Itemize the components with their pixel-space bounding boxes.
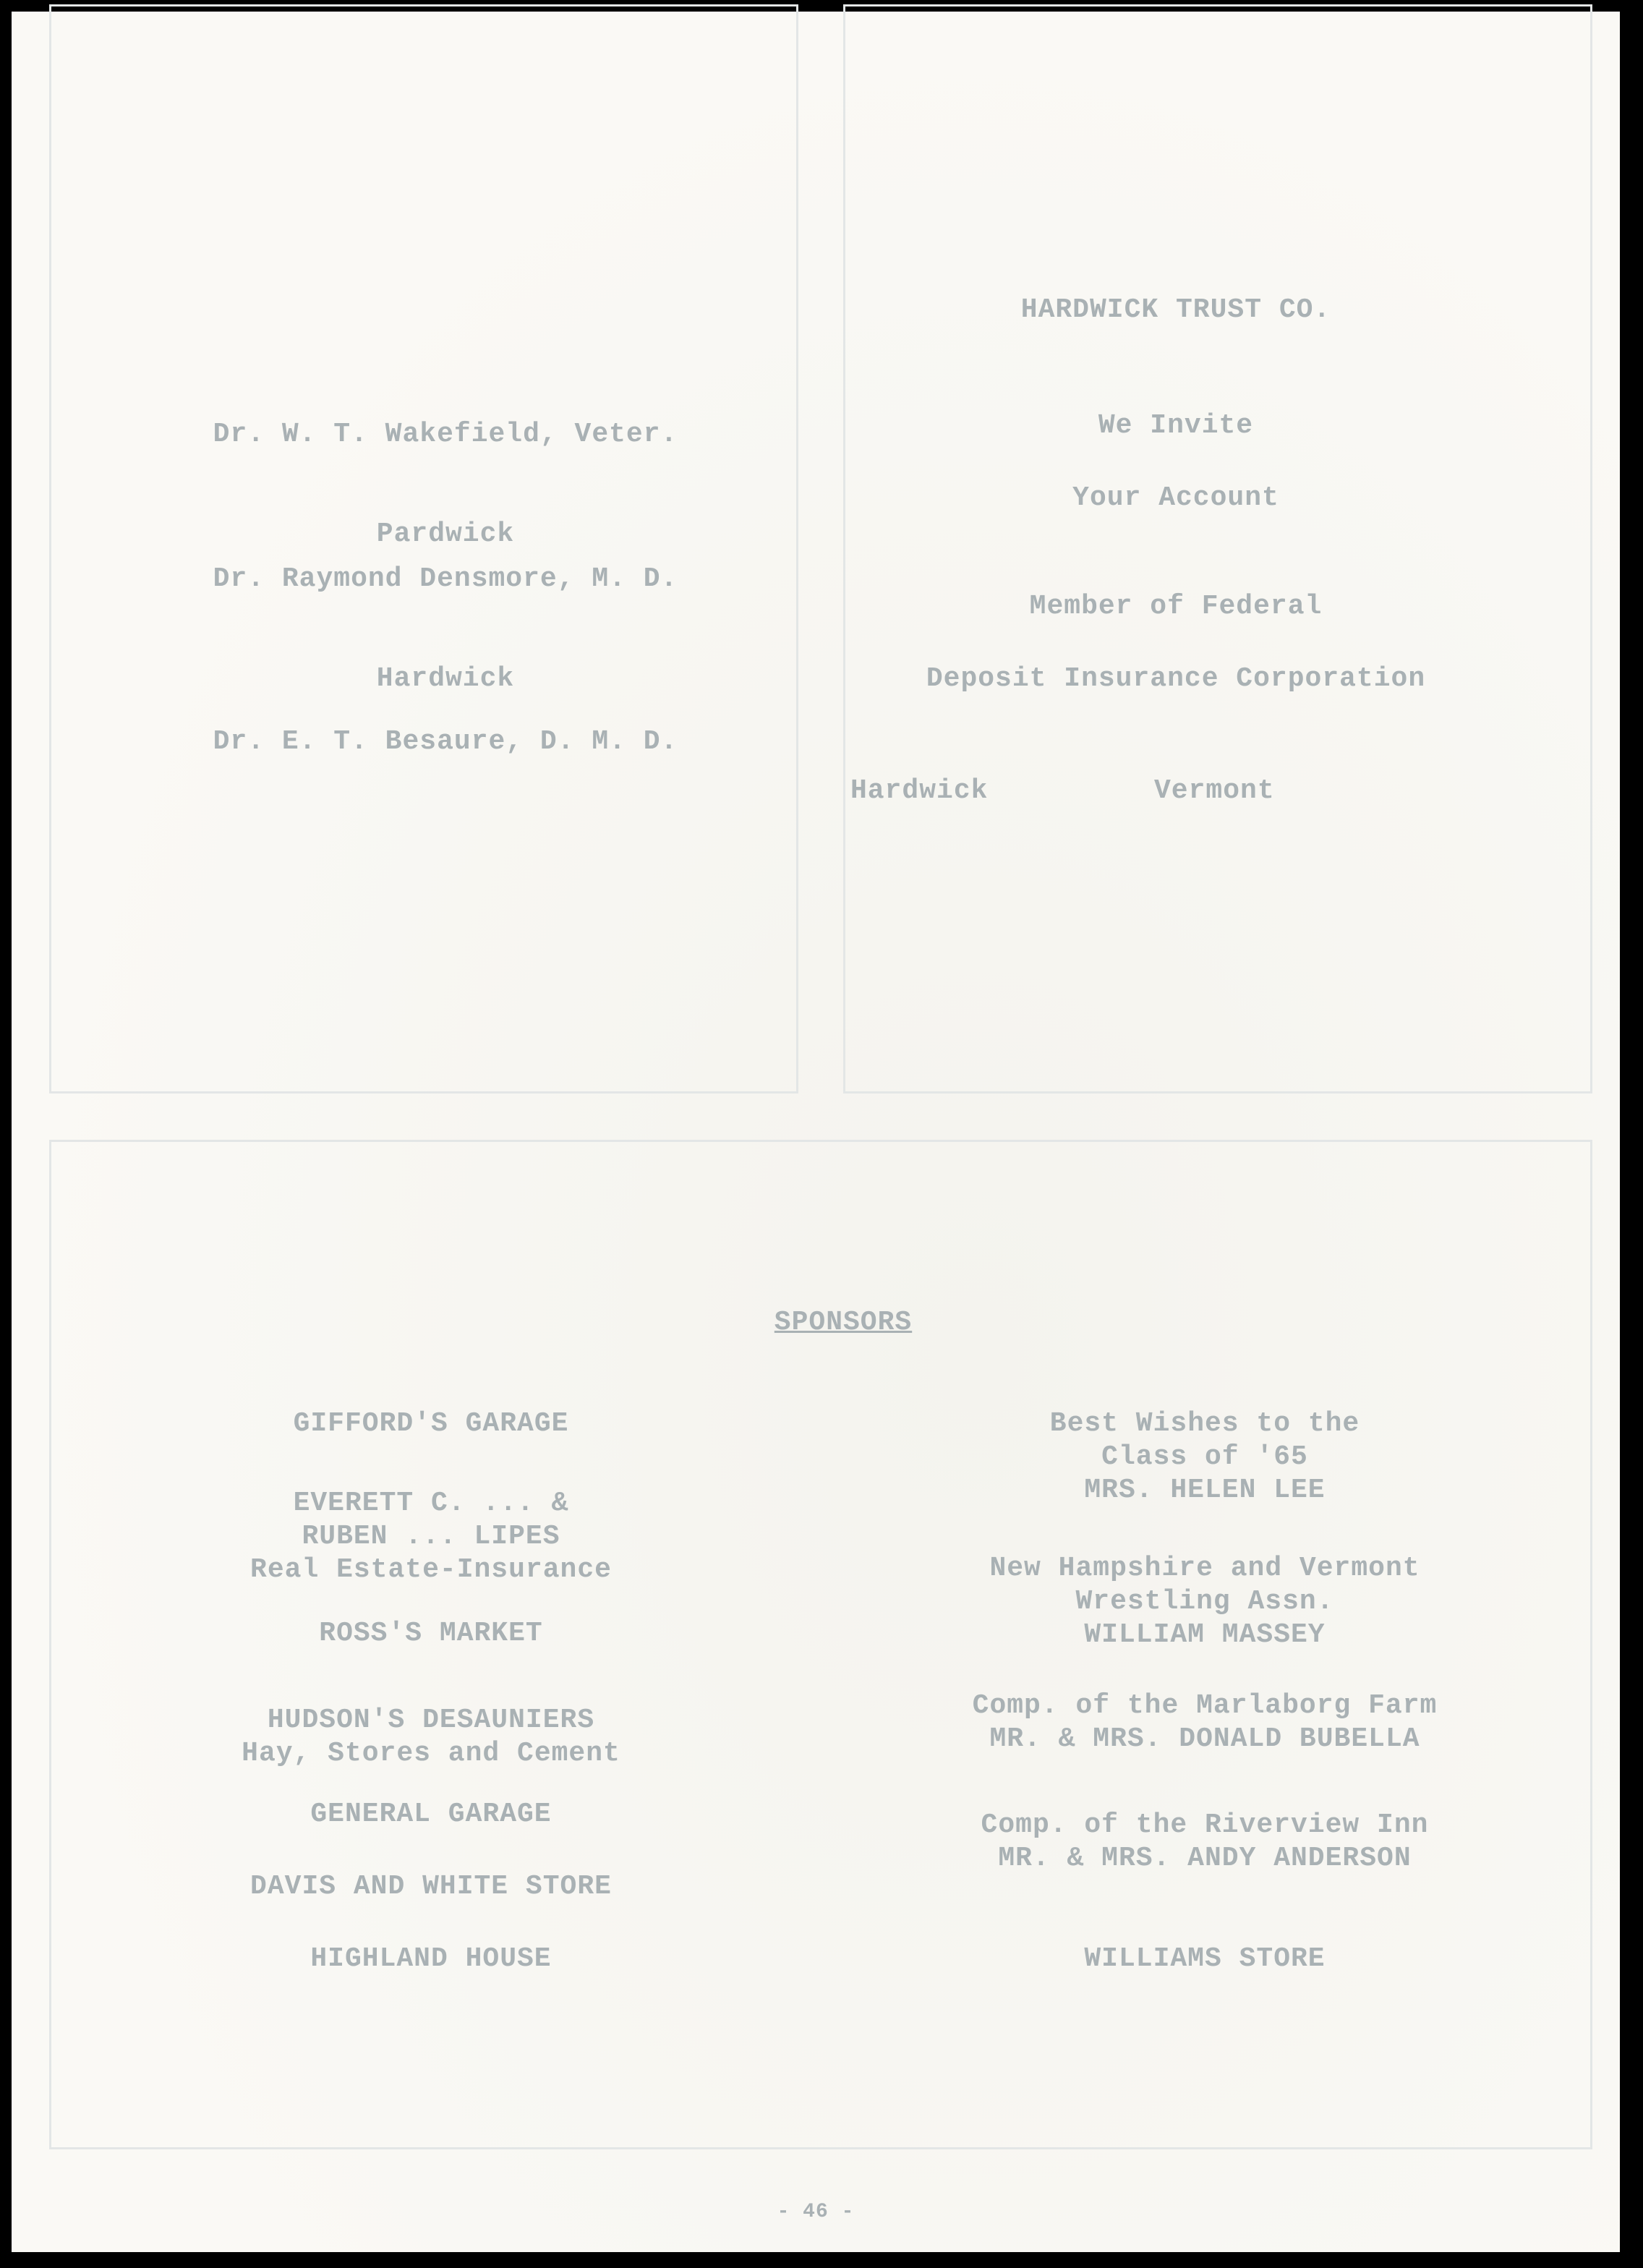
bank-line: We Invite: [843, 409, 1508, 443]
entry-line: Hay, Stores and Cement: [69, 1737, 793, 1770]
bank-title: HARDWICK TRUST CO.: [843, 294, 1508, 327]
entry-line: Wrestling Assn.: [843, 1585, 1566, 1619]
entry-line: DAVIS AND WHITE STORE: [69, 1870, 793, 1903]
entry-line: Comp. of the Riverview Inn: [843, 1809, 1566, 1842]
sponsor-entry: Comp. of the Marlaborg FarmMR. & MRS. DO…: [843, 1689, 1566, 1756]
entry-line: MRS. HELEN LEE: [843, 1474, 1566, 1507]
entry-line: EVERETT C. ... &: [69, 1487, 793, 1520]
entry-line: New Hampshire and Vermont: [843, 1552, 1566, 1585]
entry-line: Dr. W. T. Wakefield, Veter.: [69, 418, 821, 451]
sponsor-entry: HUDSON'S DESAUNIERSHay, Stores and Cemen…: [69, 1704, 793, 1770]
sponsor-entry: DAVIS AND WHITE STORE: [69, 1870, 793, 1903]
entry-line: Class of '65: [843, 1441, 1566, 1474]
sponsor-entry: GIFFORD'S GARAGE: [69, 1407, 793, 1441]
entry-line: MR. & MRS. DONALD BUBELLA: [843, 1723, 1566, 1756]
entry-line: Real Estate-Insurance: [69, 1553, 793, 1587]
entry-line: MR. & MRS. ANDY ANDERSON: [843, 1842, 1566, 1875]
entry-line: GENERAL GARAGE: [69, 1798, 793, 1831]
sponsor-entry: EVERETT C. ... &RUBEN ... LIPESReal Esta…: [69, 1487, 793, 1587]
entry-line: WILLIAM MASSEY: [843, 1619, 1566, 1652]
entry-line: WILLIAMS STORE: [843, 1943, 1566, 1976]
entry-line: Dr. Raymond Densmore, M. D.: [69, 563, 821, 596]
entry-line: RUBEN ... LIPES: [69, 1520, 793, 1553]
entry-line: Best Wishes to the: [843, 1407, 1566, 1441]
sponsor-entry: WILLIAMS STORE: [843, 1943, 1566, 1976]
sponsor-entry: HIGHLAND HOUSE: [69, 1943, 793, 1976]
sponsor-entry: New Hampshire and VermontWrestling Assn.…: [843, 1552, 1566, 1652]
entry-line: GIFFORD'S GARAGE: [69, 1407, 793, 1441]
sponsor-entry: Dr. E. T. Besaure, D. M. D.: [69, 659, 821, 825]
top-right-panel: [843, 4, 1592, 1093]
bank-line: Member of Federal: [843, 590, 1508, 623]
bank-line: Deposit Insurance Corporation: [843, 662, 1508, 696]
sponsor-entry: Best Wishes to theClass of '65MRS. HELEN…: [843, 1407, 1566, 1507]
sponsors-heading: SPONSORS: [662, 1306, 1024, 1339]
entry-line: ROSS'S MARKET: [69, 1617, 793, 1650]
bank-line: Your Account: [843, 482, 1508, 515]
entry-line: Comp. of the Marlaborg Farm: [843, 1689, 1566, 1723]
bank-state: Vermont: [1154, 775, 1275, 808]
entry-line: HUDSON'S DESAUNIERS: [69, 1704, 793, 1737]
page-number: - 46 -: [743, 2196, 888, 2229]
document-page: Dr. W. T. Wakefield, Veter. Pardwick Dr.…: [12, 12, 1620, 2252]
sponsor-entry: Comp. of the Riverview InnMR. & MRS. AND…: [843, 1809, 1566, 1875]
entry-line: Dr. E. T. Besaure, D. M. D.: [69, 725, 821, 759]
bank-city: Hardwick: [850, 775, 988, 808]
entry-line: HIGHLAND HOUSE: [69, 1943, 793, 1976]
sponsor-entry: GENERAL GARAGE: [69, 1798, 793, 1831]
sponsor-entry: ROSS'S MARKET: [69, 1617, 793, 1650]
